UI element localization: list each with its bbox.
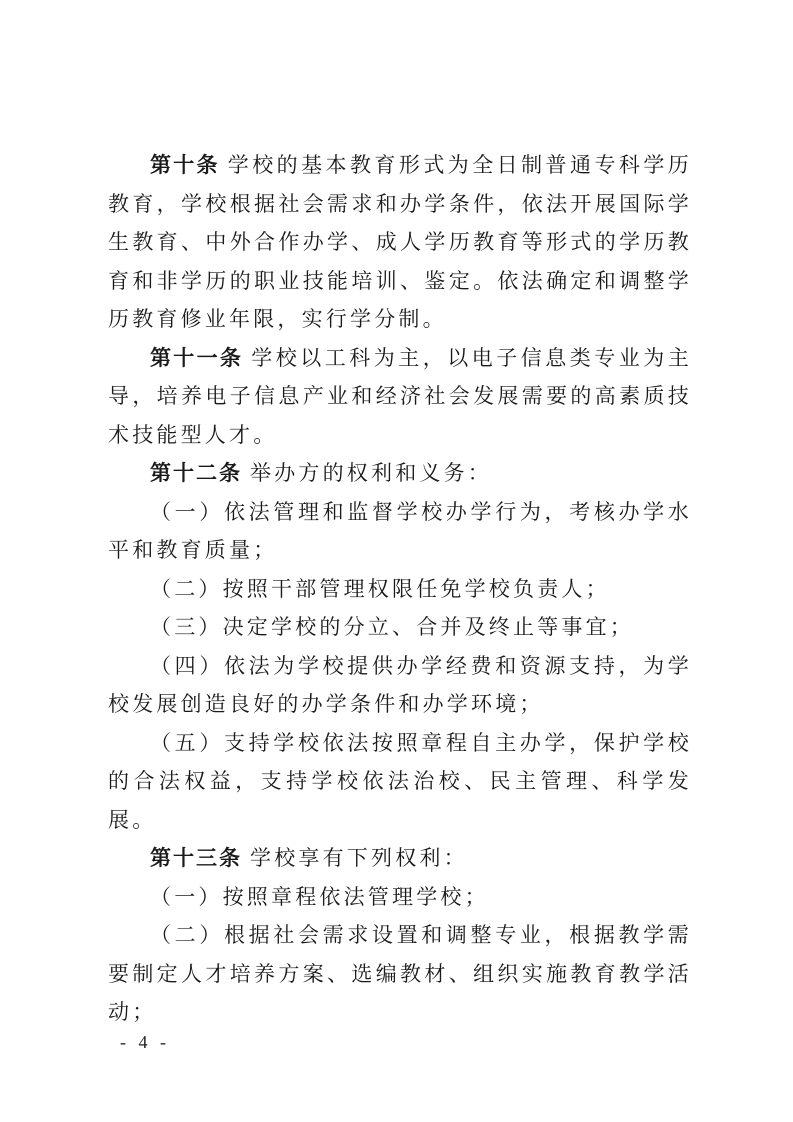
document-body: 第十条学校的基本教育形式为全日制普通专科学历教育，学校根据社会需求和办学条件，依… (108, 146, 692, 1032)
list-item: （二）按照干部管理权限任免学校负责人； (108, 570, 692, 609)
article-text: 学校享有下列权利： (250, 846, 468, 870)
list-item: （一）依法管理和监督学校办学行为，考核办学水平和教育质量； (108, 493, 692, 570)
article-number: 第十一条 (150, 346, 243, 370)
article-number: 第十三条 (150, 846, 242, 870)
list-item: （五）支持学校依法按照章程自主办学，保护学校的合法权益，支持学校依法治校、民主管… (108, 724, 692, 840)
article-number: 第十条 (150, 153, 220, 177)
list-item: （一）按照章程依法管理学校； (108, 878, 692, 917)
article-10: 第十条学校的基本教育形式为全日制普通专科学历教育，学校根据社会需求和办学条件，依… (108, 146, 692, 339)
article-13: 第十三条学校享有下列权利： (108, 839, 692, 878)
article-12: 第十二条举办方的权利和义务： (108, 454, 692, 493)
list-item: （二）根据社会需求设置和调整专业，根据教学需要制定人才培养方案、选编教材、组织实… (108, 916, 692, 1032)
page-number: - 4 - (120, 1032, 170, 1053)
article-text: 举办方的权利和义务： (250, 461, 492, 485)
article-number: 第十二条 (150, 461, 242, 485)
article-11: 第十一条学校以工科为主，以电子信息类专业为主导，培养电子信息产业和经济社会发展需… (108, 339, 692, 455)
list-item: （四）依法为学校提供办学经费和资源支持，为学校发展创造良好的办学条件和办学环境； (108, 647, 692, 724)
article-text: 学校的基本教育形式为全日制普通专科学历教育，学校根据社会需求和办学条件，依法开展… (108, 153, 692, 331)
list-item: （三）决定学校的分立、合并及终止等事宜； (108, 608, 692, 647)
